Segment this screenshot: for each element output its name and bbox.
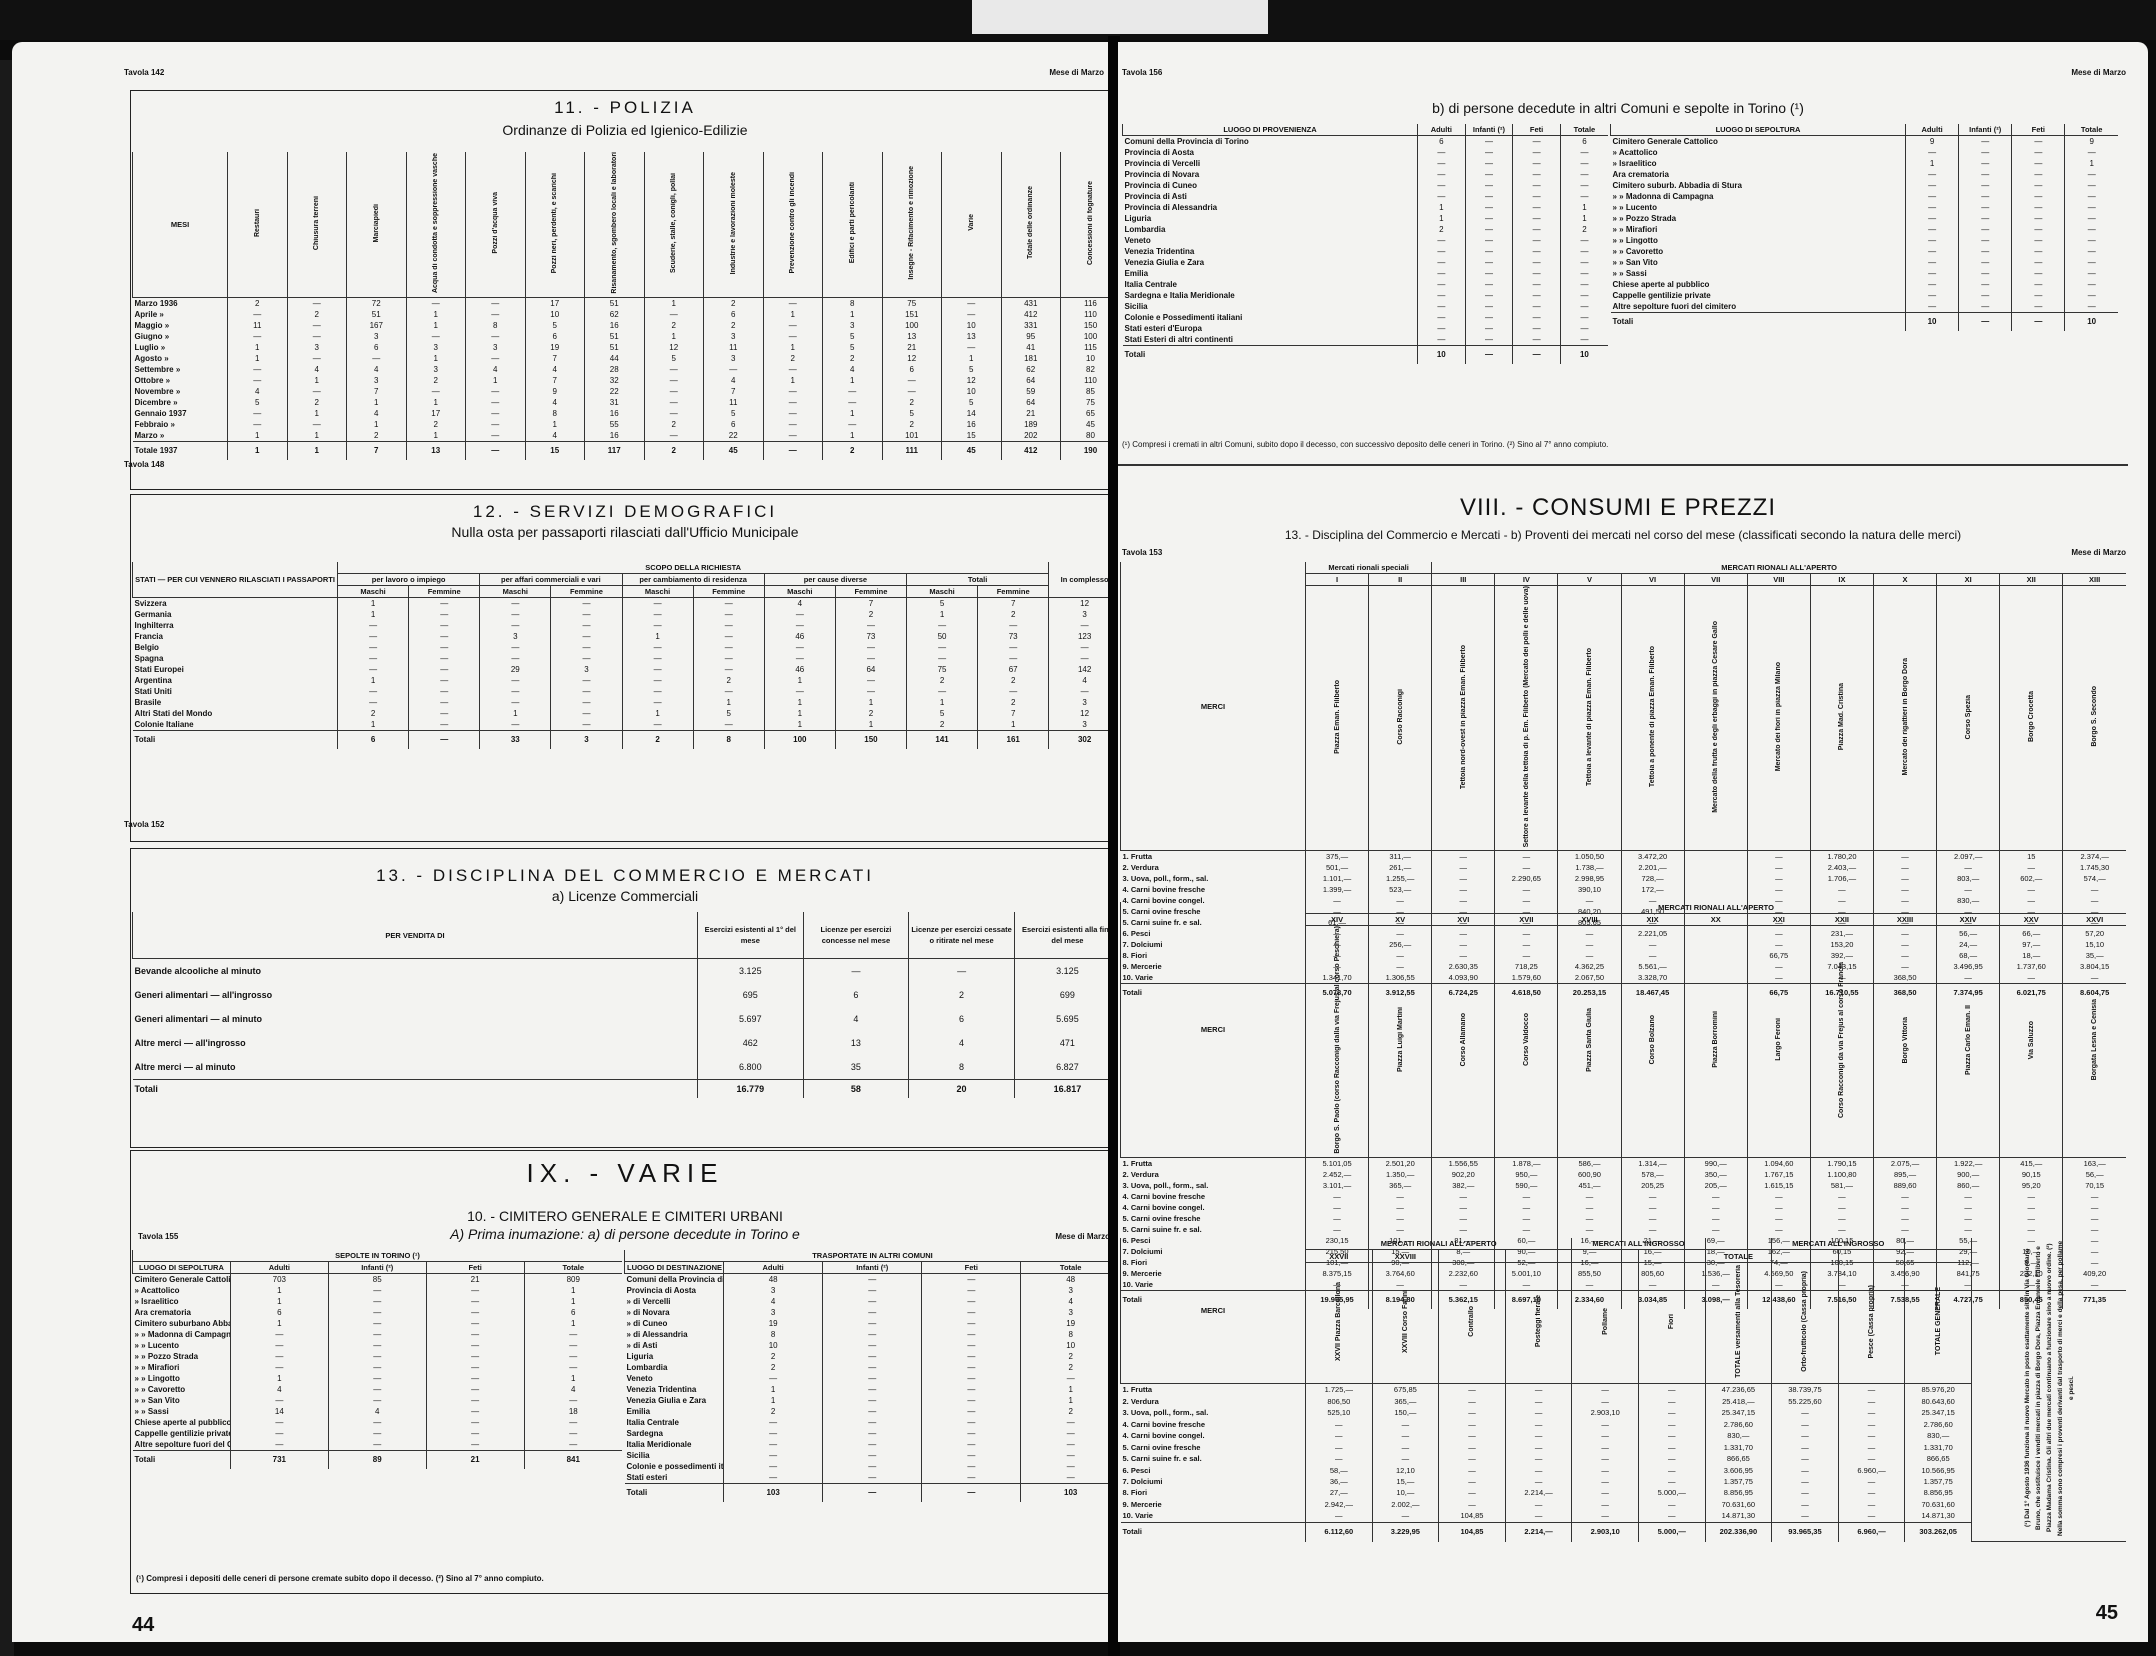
table-cell: 6 [909, 1007, 1015, 1031]
table-cell: — [466, 331, 526, 342]
table-cell: — [1505, 1383, 1572, 1395]
table-cell: 1 [1021, 1395, 1110, 1406]
total-cell: 45 [942, 441, 1002, 460]
group-header: Totali [907, 574, 1049, 586]
table-cell: — [835, 642, 906, 653]
table-cell: 64 [835, 664, 906, 675]
table-cell: 2.374,— [2063, 851, 2126, 863]
table-cell: — [1465, 136, 1513, 148]
market-name: Piazza Santa Giulia [1558, 926, 1621, 1158]
table-cell: 75 [882, 297, 942, 309]
table-cell: 2.403,— [1810, 862, 1873, 873]
table-cell: — [1513, 202, 1561, 213]
table-cell: — [823, 1296, 922, 1307]
market-name: Corso Spezia [1937, 586, 2000, 851]
table-cell: 1 [823, 408, 883, 419]
column-header: Feti [426, 1262, 524, 1274]
table-cell: — [823, 1362, 922, 1373]
table-row: » » Madonna di Campagna———— [133, 1329, 623, 1340]
table-cell: 11 [704, 397, 764, 408]
table-header-row: MESIRestauriChiusura terreniMarciapiediA… [133, 152, 1111, 297]
table-cell: 73 [978, 631, 1049, 642]
row-label: 4. Carni bovine congel. [1121, 1202, 1306, 1213]
table-cell: — [228, 408, 288, 419]
table-cell: — [2063, 884, 2126, 895]
table-cell: — [287, 353, 347, 364]
total-row: Totali10——10 [1611, 313, 2119, 332]
table-cell: 1 [230, 1373, 328, 1384]
table-cell: 46 [764, 631, 835, 642]
table-cell: — [1560, 180, 1608, 191]
table-cell: 806,50 [1306, 1395, 1373, 1406]
table-cell: — [693, 719, 764, 731]
table-cell: 4 [347, 408, 407, 419]
table-cell: — [328, 1351, 426, 1362]
table-cell: — [2063, 1202, 2126, 1213]
market-name: TOTALE GENERALE [1905, 1262, 1972, 1383]
row-label: 1. Frutta [1121, 1157, 1306, 1169]
table-row: Stati Europei——293——46647567142 [133, 664, 1111, 675]
table-row: Altre merci — all'ingrosso462134471 [133, 1031, 1111, 1055]
row-label: 6. Pesci [1121, 1464, 1306, 1475]
table-cell: 142 [1049, 664, 1110, 675]
table-cell: — [1439, 1441, 1506, 1452]
table-cell: — [1747, 884, 1810, 895]
table-cell: — [1369, 1224, 1432, 1235]
table-cell: 581,— [1810, 1180, 1873, 1191]
table-cell: — [2012, 268, 2065, 279]
table-cell: — [1418, 257, 1466, 268]
table-cell: — [1560, 235, 1608, 246]
table-cell: — [2063, 1224, 2126, 1235]
market-name: Mercato dei fiori in piazza Milano [1747, 586, 1810, 851]
commercio-tavola: Tavola 152 [124, 820, 164, 829]
table-cell: — [763, 331, 823, 342]
table-row: Spagna——————————— [133, 653, 1111, 664]
row-label: Generi alimentari — al minuto [133, 1007, 698, 1031]
table-cell: — [338, 653, 409, 664]
table-cell: 3 [287, 342, 347, 353]
table-cell: — [1021, 1439, 1110, 1450]
table-cell: — [409, 620, 480, 631]
table-row: » di Alessandria8——8 [625, 1329, 1111, 1340]
market-name: Borgo S. Paolo (corso Racconigi dalla vi… [1306, 926, 1369, 1158]
market-numeral: I [1306, 574, 1369, 586]
table-cell: — [922, 1395, 1021, 1406]
table-row: 2. Verdura501,—261,———1.738,—2.201,——2.4… [1121, 862, 2127, 873]
table-cell: — [1959, 180, 2012, 191]
row-label: Cimitero Generale Cattolico [1611, 136, 1906, 148]
market-name: Settore a levante della tettoia di p. Em… [1495, 586, 1558, 851]
table-cell: 3 [1049, 609, 1110, 620]
table-cell: — [466, 419, 526, 430]
table-cell: — [1439, 1418, 1506, 1429]
table-cell: 2 [835, 609, 906, 620]
table-cell: — [2012, 301, 2065, 313]
table-cell: — [2012, 279, 2065, 290]
row-label: Venezia Tridentina [1123, 246, 1418, 257]
row-label: 1. Frutta [1121, 851, 1306, 863]
row-label: » » Lucento [133, 1340, 231, 1351]
market-name: Piazza Eman. Filiberto [1306, 586, 1369, 851]
table-cell: 2.290,65 [1495, 873, 1558, 884]
table-cell: — [823, 1307, 922, 1318]
table-cell: — [1638, 1395, 1705, 1406]
table-cell: — [1558, 1202, 1621, 1213]
row-label: Venezia Giulia e Zara [625, 1395, 724, 1406]
table-cell: 116 [1061, 297, 1111, 309]
total-cell: 117 [585, 441, 645, 460]
table-cell [1684, 862, 1747, 873]
table-cell: 1 [406, 397, 466, 408]
table-row: 5. Carni suine fr. e sal.————————————— [1121, 1224, 2127, 1235]
market-numeral: III [1432, 574, 1495, 586]
table-cell: — [338, 686, 409, 697]
table-cell: — [1572, 1487, 1639, 1498]
column-header: Esercizi esistenti alla fine del mese [1014, 912, 1110, 959]
column-header: Prevenzione contro gli incendi [763, 152, 823, 297]
row-label: 9. Mercerie [1121, 1499, 1306, 1510]
table-cell: 1 [524, 1318, 622, 1329]
table-cell: 1 [907, 609, 978, 620]
market-numeral: XIX [1621, 914, 1684, 926]
table-cell: — [2063, 1191, 2126, 1202]
market-numeral: V [1558, 574, 1621, 586]
total-cell: 161 [978, 731, 1049, 750]
sepolte-group-header: SEPOLTE IN TORINO (¹) [133, 1250, 623, 1262]
table-cell: — [426, 1329, 524, 1340]
table-cell: — [922, 1351, 1021, 1362]
table-cell: 1 [525, 419, 585, 430]
column-header: Varie [942, 152, 1002, 297]
total-cell: 7 [347, 441, 407, 460]
table-cell: 6.827 [1014, 1055, 1110, 1080]
table-row: Provincia di Novara———— [1123, 169, 1609, 180]
table-row: » Israelitico1——1 [133, 1296, 623, 1307]
table-cell: — [551, 620, 622, 631]
total-cell: 100 [764, 731, 835, 750]
row-label: Inghilterra [133, 620, 338, 631]
column-header: Feti [1513, 124, 1561, 136]
table-cell: 3.125 [1014, 959, 1110, 984]
table-cell: — [1959, 246, 2012, 257]
table-cell: 809 [524, 1274, 622, 1286]
table-row: » » San Vito———— [1611, 257, 2119, 268]
table-cell: — [551, 675, 622, 686]
table-cell: — [724, 1450, 823, 1461]
table-cell: 15 [942, 430, 1002, 442]
table-cell: — [1638, 1441, 1705, 1452]
table-row: » » Lucento———— [133, 1340, 623, 1351]
table-cell: — [1418, 180, 1466, 191]
column-header: LUOGO DI DESTINAZIONE [625, 1262, 724, 1274]
mercati-group-header: MERCATI RIONALI ALL'APERTO [1432, 562, 2126, 574]
table-cell: 1 [693, 697, 764, 708]
table-cell: 586,— [1558, 1157, 1621, 1169]
table-cell: 525,10 [1306, 1407, 1373, 1418]
table-row: » Israelitico1——1 [1611, 158, 2119, 169]
table-cell: 415,— [2000, 1157, 2063, 1169]
table-cell: 1 [338, 609, 409, 620]
table-cell: 32 [585, 375, 645, 386]
table-cell: — [1638, 1476, 1705, 1487]
total-cell: 21 [426, 1451, 524, 1470]
row-label: Marzo » [133, 430, 228, 442]
table-cell: 10 [942, 320, 1002, 331]
table-row: Italia Centrale———— [1123, 279, 1609, 290]
table-cell: — [1372, 1441, 1439, 1452]
table-cell: — [1621, 1224, 1684, 1235]
row-label: » di Vercelli [625, 1296, 724, 1307]
row-label: Sicilia [1123, 301, 1418, 312]
table-cell: 1.556,55 [1432, 1157, 1495, 1169]
table-cell: — [922, 1384, 1021, 1395]
table-cell: — [1772, 1510, 1839, 1522]
table-cell: — [1959, 224, 2012, 235]
table-cell: 48 [1021, 1274, 1110, 1286]
total-cell: 1 [228, 441, 288, 460]
table-cell: 62 [585, 309, 645, 320]
table-cell: 70,15 [2063, 1180, 2126, 1191]
table-cell: 25.418,— [1705, 1395, 1772, 1406]
market-name: Largo Feroni [1747, 926, 1810, 1158]
table-cell: 5.697 [698, 1007, 804, 1031]
table-cell: — [704, 364, 764, 375]
table-cell: — [1049, 620, 1110, 631]
sex-header: Maschi [338, 586, 409, 598]
cimitero-trasportate-table: TRASPORTATE IN ALTRI COMUNILUOGO DI DEST… [624, 1250, 1110, 1502]
table-cell: — [1513, 279, 1561, 290]
table-cell: — [2012, 147, 2065, 158]
table-cell: — [1906, 224, 1959, 235]
table-cell: — [1621, 1202, 1684, 1213]
row-label: 4. Carni bovine fresche [1121, 884, 1306, 895]
table-cell: 14 [230, 1406, 328, 1417]
table-cell: — [1439, 1476, 1506, 1487]
table-row: » » Mirafiori———— [1611, 224, 2119, 235]
table-cell: — [1560, 147, 1608, 158]
table-cell: — [551, 719, 622, 731]
table-cell: — [922, 1274, 1021, 1286]
row-label: Generi alimentari — all'ingrosso [133, 983, 698, 1007]
table-cell: 12 [882, 353, 942, 364]
table-row: Venezia Tridentina———— [1123, 246, 1609, 257]
table-cell: — [1465, 147, 1513, 158]
table-cell: — [2065, 180, 2118, 191]
table-cell: — [763, 430, 823, 442]
table-cell: 2 [909, 983, 1015, 1007]
table-cell: 1 [1021, 1384, 1110, 1395]
commercio-table: PER VENDITA DIEsercizi esistenti al 1° d… [132, 912, 1110, 1098]
table-cell: — [693, 609, 764, 620]
table-cell: 65 [1061, 408, 1111, 419]
table-row: Provincia di Asti———— [1123, 191, 1609, 202]
table-row: Altre merci — al minuto6.8003586.827 [133, 1055, 1111, 1080]
table-cell: — [1465, 191, 1513, 202]
table-cell: — [1432, 1224, 1495, 1235]
total-cell: 841 [524, 1451, 622, 1470]
table-cell: — [1906, 279, 1959, 290]
table-cell: — [1959, 290, 2012, 301]
table-cell: 80.643,60 [1905, 1395, 1972, 1406]
table-cell: — [1306, 1418, 1373, 1429]
b-table-footnote: (¹) Compresi i cremati in altri Comuni, … [1122, 440, 1608, 449]
table-cell: — [1906, 290, 1959, 301]
table-cell: 1 [406, 353, 466, 364]
cimitero-tavola: Tavola 155 [138, 1232, 178, 1241]
table-cell: — [1513, 312, 1561, 323]
table-cell: — [763, 364, 823, 375]
table-cell: — [693, 642, 764, 653]
table-row: Venezia Giulia e Zara———— [1123, 257, 1609, 268]
table-cell: 45 [1061, 419, 1111, 430]
table-cell: 14.871,30 [1905, 1510, 1972, 1522]
row-label: Italia Centrale [1123, 279, 1418, 290]
table-row: Cimitero Generale Cattolico7038521809 [133, 1274, 623, 1286]
table-row: Liguria2——2 [625, 1351, 1111, 1362]
table-cell: 21 [426, 1274, 524, 1286]
table-cell: 6 [1418, 136, 1466, 148]
table-cell: — [1906, 191, 1959, 202]
table-cell: 1.357,75 [1905, 1476, 1972, 1487]
table-cell: — [693, 620, 764, 631]
table-cell: 202 [1001, 430, 1061, 442]
table-cell: — [1684, 1202, 1747, 1213]
table-cell: — [823, 1285, 922, 1296]
table-cell: — [1418, 312, 1466, 323]
table-cell: — [409, 609, 480, 620]
row-label: » » San Vito [1611, 257, 1906, 268]
table-cell: 830,— [1705, 1430, 1772, 1441]
table-cell: 2.903,10 [1572, 1407, 1639, 1418]
table-cell: 8 [724, 1329, 823, 1340]
column-header: Adulti [230, 1262, 328, 1274]
table-row: Altre sepolture fuori del cimitero———— [1611, 301, 2119, 313]
table-cell: 46 [764, 664, 835, 675]
table-cell: — [622, 609, 693, 620]
total-cell: 2 [622, 731, 693, 750]
table-cell: — [2000, 1224, 2063, 1235]
table-cell: — [724, 1439, 823, 1450]
table-cell: 64 [1001, 375, 1061, 386]
table-cell: — [764, 653, 835, 664]
table-cell: 1 [823, 375, 883, 386]
group-header: per lavoro o impiego [338, 574, 480, 586]
table-cell: — [1959, 268, 2012, 279]
table-cell: — [480, 697, 551, 708]
total-cell: 20 [909, 1080, 1015, 1099]
left-header-month: Mese di Marzo [1049, 68, 1104, 77]
table-cell: — [823, 1384, 922, 1395]
table-row: Generi alimentari — al minuto5.697465.69… [133, 1007, 1111, 1031]
row-label: Colonie e Possedimenti italiani [1123, 312, 1418, 323]
table-cell: 5 [693, 708, 764, 719]
table-cell: — [1465, 290, 1513, 301]
table-row: Cimitero Generale Cattolico9——9 [1611, 136, 2119, 148]
row-label: Giugno » [133, 331, 228, 342]
table-cell: 1.100,80 [1810, 1169, 1873, 1180]
mercati-table-part3: MERCIMERCATI RIONALI ALL'APERTOMERCATI A… [1120, 1238, 2126, 1542]
table-cell: — [907, 653, 978, 664]
table-cell: 3 [724, 1307, 823, 1318]
table-cell: 58,— [1306, 1464, 1373, 1475]
table-cell: — [622, 620, 693, 631]
market-numeral: XII [2000, 574, 2063, 586]
table-cell: — [1747, 1224, 1810, 1235]
table-row: Giugno »——3——65113—5131395100 [133, 331, 1111, 342]
table-cell: — [1572, 1430, 1639, 1441]
table-cell: — [1747, 851, 1810, 863]
table-cell: — [907, 642, 978, 653]
row-label: » » Pozzo Strada [133, 1351, 231, 1362]
table-cell: — [1439, 1499, 1506, 1510]
row-label: Colonie Italiane [133, 719, 338, 731]
table-cell: 5 [823, 331, 883, 342]
market-numeral: TOTALE [1705, 1250, 1772, 1263]
table-cell: — [1465, 257, 1513, 268]
table-cell: 1 [764, 675, 835, 686]
table-row: Emilia———— [1123, 268, 1609, 279]
table-row: Germania1——————2123 [133, 609, 1111, 620]
market-name: Borgo Crocetta [2000, 586, 2063, 851]
table-cell: — [622, 653, 693, 664]
table-cell: — [622, 642, 693, 653]
table-row: Ara crematoria———— [1611, 169, 2119, 180]
row-label: 7. Dolciumi [1121, 1476, 1306, 1487]
right-page: Tavola 156 Mese di Marzo b) di persone d… [1118, 42, 2148, 1642]
table-cell: 5.695 [1014, 1007, 1110, 1031]
table-cell: — [1372, 1418, 1439, 1429]
row-label: Settembre » [133, 364, 228, 375]
row-label: Stati esteri [625, 1472, 724, 1484]
table-cell: — [693, 653, 764, 664]
table-cell: — [922, 1428, 1021, 1439]
table-cell: — [1838, 1395, 1905, 1406]
table-cell: 8 [823, 297, 883, 309]
table-cell: — [466, 297, 526, 309]
table-cell: 15,— [1372, 1476, 1439, 1487]
table-cell: — [1560, 191, 1608, 202]
market-name: Piazza Borromini [1684, 926, 1747, 1158]
table-cell: 1 [2065, 158, 2118, 169]
table-cell: 699 [1014, 983, 1110, 1007]
table-cell: 1.790,15 [1810, 1157, 1873, 1169]
row-label: Cappelle gentilizie private [1611, 290, 1906, 301]
table-cell: 1 [907, 697, 978, 708]
column-header: Acqua di condotta e soppressione vasche [406, 152, 466, 297]
table-row: Sardegna———— [625, 1428, 1111, 1439]
table-row: Sicilia———— [1123, 301, 1609, 312]
table-cell: — [1049, 653, 1110, 664]
table-cell: — [835, 686, 906, 697]
table-cell: — [230, 1439, 328, 1451]
table-cell: — [287, 297, 347, 309]
table-cell: — [1558, 1213, 1621, 1224]
consumi-tavola: Tavola 153 [1122, 548, 1162, 557]
table-cell: — [409, 686, 480, 697]
table-cell: — [644, 364, 704, 375]
total-cell: 1 [287, 441, 347, 460]
left-header-tavola: Tavola 142 [124, 68, 164, 77]
table-cell: 19 [1021, 1318, 1110, 1329]
market-name: Corso Valdocco [1495, 926, 1558, 1158]
table-cell: — [1432, 862, 1495, 873]
table-cell: 600,90 [1558, 1169, 1621, 1180]
table-cell: — [1959, 301, 2012, 313]
table-cell: 1 [230, 1296, 328, 1307]
table-cell: 85 [1061, 386, 1111, 397]
market-numeral: XX [1684, 914, 1747, 926]
